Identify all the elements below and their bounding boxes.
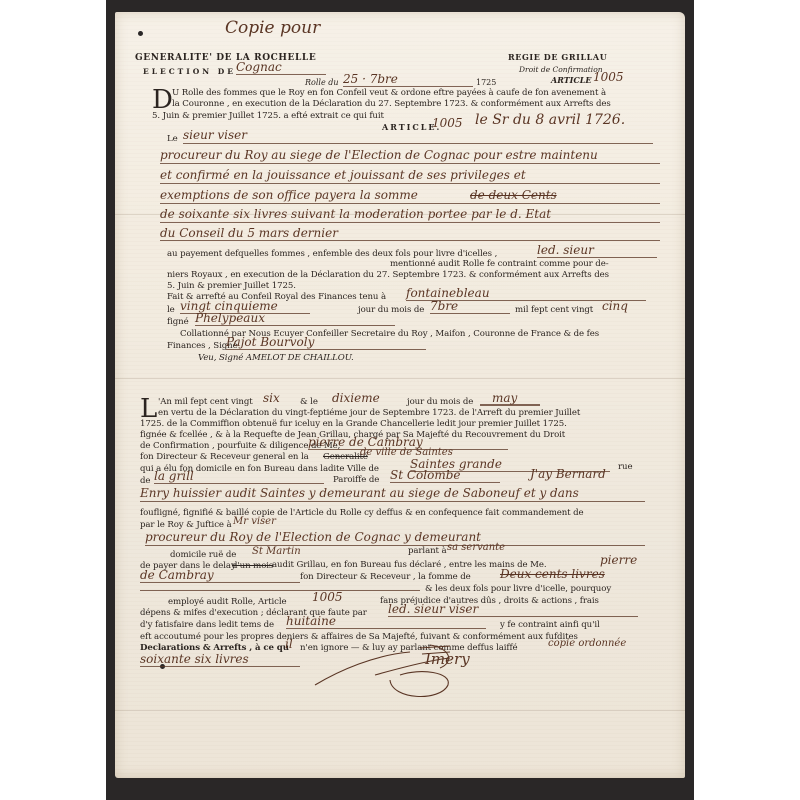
fill-line	[390, 482, 500, 483]
exploit-hand-copy: copie ordonnée	[548, 638, 626, 649]
exploit-line: rue	[618, 462, 632, 472]
exploit-line: en vertu de la Déclaration du vingt-fept…	[158, 408, 580, 418]
exploit-hand-agent2: pierre	[600, 553, 637, 567]
fill-line	[195, 325, 395, 326]
payment-hand-signer: Phelypeaux	[195, 311, 265, 325]
fill-line	[140, 501, 645, 502]
exploit-hand-rue: la grill	[154, 469, 194, 483]
exploit-line: fon Directeur & Receveur , la fomme de	[300, 572, 471, 582]
fill-line	[286, 628, 486, 629]
intro-line: U Rolle des fommes que le Roy en fon Con…	[172, 88, 606, 98]
fill-line	[140, 666, 300, 667]
exploit-line: foufligné, fignifié & baillé copie de l'…	[140, 508, 584, 518]
payment-line: figné	[167, 317, 189, 327]
generalite-heading: GENERALITE' DE LA ROCHELLE	[135, 53, 316, 63]
fill-line	[160, 203, 660, 204]
exploit-hand-day: dixieme	[332, 391, 380, 405]
exploit-line: d'y fatisfaire dans ledit tems de	[140, 620, 274, 630]
exploit-struck-amount: Deux cents livres	[500, 567, 605, 581]
exploit-hand-line: procureur du Roy de l'Election de Cognac…	[145, 530, 481, 544]
article-label: ARTICLE	[551, 75, 592, 85]
payment-line: au payement defquelles fommes , enfemble…	[167, 249, 497, 259]
manuscript-line: et confirmé en la jouissance et jouissan…	[160, 168, 526, 182]
article-number: 1005	[593, 70, 624, 84]
exploit-hand-pronoun: il	[285, 637, 293, 651]
payment-hand-collation: Pajot Bourvoly	[226, 335, 314, 349]
manuscript-line: du Conseil du 5 mars dernier	[160, 226, 338, 240]
manuscript-line: sieur viser	[183, 128, 247, 142]
dropcap-d: D	[152, 87, 173, 113]
exploit-line: 'An mil fept cent vingt	[158, 397, 253, 407]
payment-hand-month: 7bre	[430, 299, 458, 313]
exploit-hand-amount: soixante six livres	[140, 652, 249, 666]
exploit-hand-street2: St Martin	[252, 546, 301, 557]
exploit-struck: d'un mois	[232, 561, 273, 571]
strike-mark	[480, 404, 540, 406]
rolle-date: 25 · 7bre	[343, 72, 398, 86]
payment-line: mil fept cent vingt	[515, 305, 593, 315]
regie-heading: REGIE DE GRILLAU	[508, 52, 607, 62]
payment-hand: led. sieur	[537, 243, 594, 257]
exploit-line: Paroiffe de	[333, 475, 379, 485]
fill-line	[183, 143, 653, 144]
manuscript-line: exemptions de son office payera la somme	[160, 188, 418, 202]
exploit-line: 1725. de la Commiffion obtenuë fur icelu…	[140, 419, 567, 429]
fill-line	[430, 313, 510, 314]
le-label: Le	[167, 134, 178, 144]
fill-line	[160, 240, 660, 241]
fill-line	[145, 545, 645, 546]
copy-title-handwritten: Copie pour	[225, 18, 320, 38]
payment-line: mentionné audit Rolle fe contraint comme…	[390, 259, 609, 269]
fill-line	[140, 590, 420, 591]
fill-line	[160, 183, 660, 184]
exploit-line: par le Roy & Juftice à	[140, 520, 232, 530]
payment-line: jour du mois de	[358, 305, 424, 315]
fold-line	[115, 378, 685, 379]
exploit-line: fon Directeur & Receveur general en la	[140, 452, 309, 462]
intro-line: 5. Juin & premier Juillet 1725. a efté e…	[152, 111, 384, 121]
payment-line: le	[167, 305, 175, 315]
exploit-line: employé audit Rolle, Article	[168, 597, 286, 607]
exploit-hand-officer: J'ay Bernard	[530, 467, 606, 481]
rolle-label: Rolle du	[305, 78, 339, 87]
fill-line	[154, 483, 324, 484]
exploit-hand-agent3: de Cambray	[140, 568, 214, 582]
payment-line: 5. Juin & premier Juillet 1725.	[167, 281, 296, 291]
exploit-line: & les deux fols pour livre d'icelle, pou…	[425, 584, 611, 594]
payment-hand-place: fontainebleau	[406, 286, 490, 300]
exploit-hand-delay: huitaine	[286, 614, 336, 628]
struck-amount: de deux Cents	[470, 188, 557, 202]
exploit-hand-party: Mr viser	[233, 516, 276, 527]
election-value: Cognac	[236, 60, 282, 74]
exploit-line: de	[140, 476, 150, 486]
exploit-hand-speaking: sa servante	[447, 542, 505, 553]
fill-line	[537, 257, 657, 258]
fill-line	[226, 349, 426, 350]
punch-hole	[138, 31, 143, 36]
exploit-hand-parish: St Colombe	[390, 468, 461, 482]
droit-subheading: Droit de Confirmation	[519, 65, 603, 74]
manuscript-line: de soixante six livres suivant la modera…	[160, 207, 551, 221]
fill-line	[343, 86, 473, 87]
fill-line	[160, 222, 660, 223]
signature-flourish-icon	[300, 640, 460, 710]
intro-line: la Couronne , en execution de la Déclara…	[172, 99, 611, 109]
payment-line: Veu, Signé AMELOT DE CHAILLOU.	[198, 353, 354, 363]
exploit-line: y fe contraint ainfi qu'il	[500, 620, 600, 630]
fold-line	[115, 710, 685, 711]
exploit-hand-article: 1005	[312, 590, 343, 604]
article-line-number: 1005	[432, 116, 463, 130]
exploit-hand-year: six	[263, 391, 280, 405]
article-date-note: le Sr du 8 avril 1726.	[475, 112, 625, 128]
exploit-line: domicile ruë de	[170, 550, 236, 560]
election-label: ELECTION DE	[143, 67, 236, 76]
exploit-line: jour du mois de	[407, 397, 473, 407]
payment-hand-year: cinq	[602, 299, 628, 313]
payment-line: niers Royaux , en execution de la Déclar…	[167, 270, 609, 280]
fill-line	[388, 616, 638, 617]
exploit-line: parlant à	[408, 546, 447, 556]
fill-line	[140, 582, 300, 583]
exploit-hand-month: may	[492, 391, 517, 405]
rolle-year: 1725	[476, 78, 496, 87]
fill-line	[236, 74, 326, 75]
exploit-hand-line: Enry huissier audit Saintes y demeurant …	[140, 486, 579, 500]
exploit-line: & le	[300, 397, 318, 407]
manuscript-line: procureur du Roy au siege de l'Election …	[160, 148, 598, 162]
fill-line	[160, 163, 660, 164]
exploit-hand-debtor: led. sieur viser	[388, 602, 478, 616]
